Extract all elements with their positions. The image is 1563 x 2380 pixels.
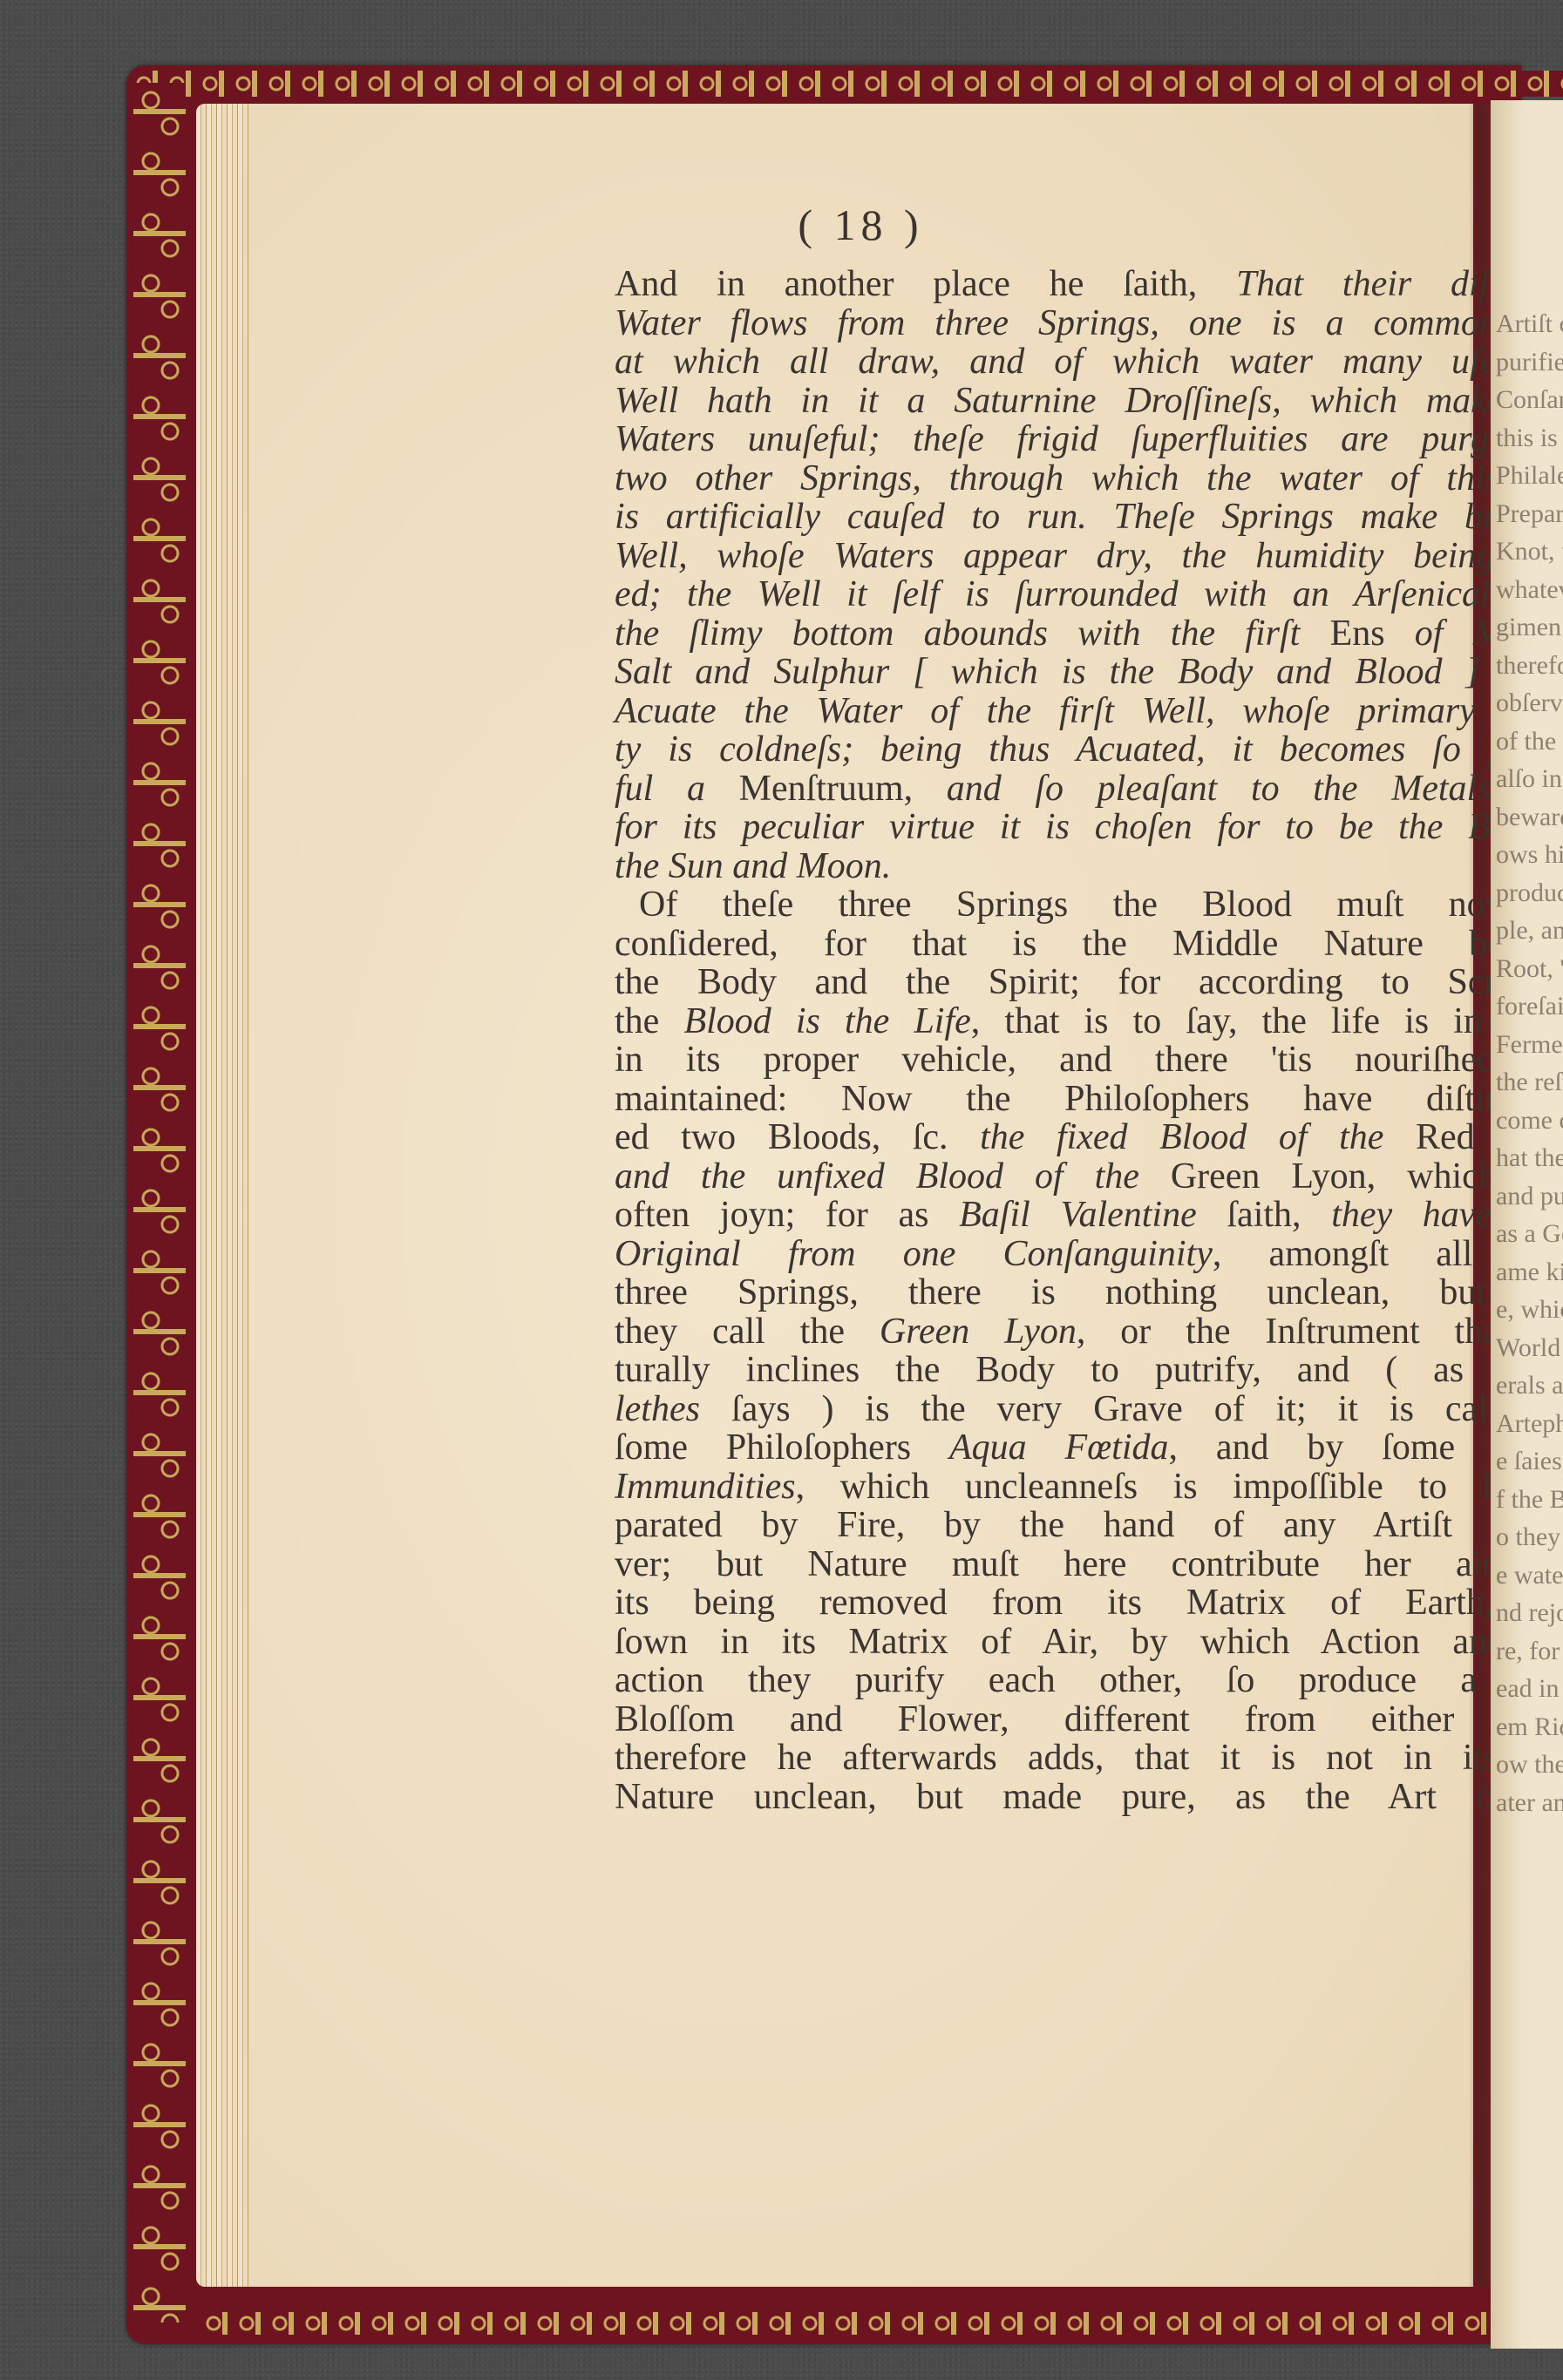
gilt-border-bottom bbox=[205, 2312, 1563, 2335]
gutter-shadow bbox=[1469, 104, 1493, 2287]
roman-span: Ens bbox=[1330, 614, 1415, 654]
italic-span: ed; the Well it ſelf is ſurrounded with … bbox=[615, 574, 1563, 614]
roman-span: therefore he afterwards adds, that it is… bbox=[615, 1738, 1563, 1778]
facing-page-line: and purify the bbox=[1496, 1177, 1563, 1216]
text-line: at which all draw, and of which water ma… bbox=[615, 342, 1563, 382]
facing-page-line: ow the Seed bbox=[1496, 1746, 1563, 1784]
facing-page-line: Preparation, t bbox=[1496, 495, 1563, 533]
facing-page-line: Artiſt can ma bbox=[1496, 305, 1563, 343]
text-line: Well hath in it a Saturnine Droſſineſs, … bbox=[615, 382, 1563, 421]
text-line: two other Springs, through which the wat… bbox=[615, 459, 1563, 498]
text-line: action they purify each other, ſo produc… bbox=[615, 1661, 1563, 1700]
facing-page-line: therefore I bbox=[1496, 647, 1563, 685]
text-line: ſome Philoſophers Aqua Fœtida, and by ſo… bbox=[615, 1428, 1563, 1468]
text-line: And in another place he ſaith, That thei… bbox=[615, 265, 1563, 304]
text-line: ty is coldneſs; being thus Acuated, it b… bbox=[615, 730, 1563, 770]
facing-page-line: produces the bbox=[1496, 874, 1563, 912]
facing-page-line: ead in all A bbox=[1496, 1670, 1563, 1708]
italic-span: the ſlimy bottom abounds with the firſt bbox=[615, 614, 1330, 654]
roman-span: maintained: Now the Philoſophers have di… bbox=[615, 1079, 1563, 1119]
italic-span: at which all draw, and of which water ma… bbox=[615, 342, 1563, 382]
text-line: therefore he afterwards adds, that it is… bbox=[615, 1739, 1563, 1778]
facing-page-line: erals and An bbox=[1496, 1366, 1563, 1405]
facing-page-line: obſerve this I bbox=[1496, 684, 1563, 722]
italic-span: lethes bbox=[615, 1389, 700, 1429]
text-line: ſown in its Matrix of Air, by which Acti… bbox=[615, 1623, 1563, 1662]
italic-span: Original from one Conſanguinity bbox=[615, 1234, 1213, 1274]
text-line: Water flows from three Springs, one is a… bbox=[615, 304, 1563, 343]
facing-page-line: gimen of Fire bbox=[1496, 608, 1563, 647]
text-line: ful a Menſtruum, and ſo pleaſant to the … bbox=[615, 770, 1563, 809]
text-line: Waters unuſeful; theſe frigid ſuperfluit… bbox=[615, 420, 1563, 459]
roman-span: in its proper vehicle, and there 'tis no… bbox=[615, 1040, 1563, 1080]
text-line: Nature unclean, but made pure, as the Ar… bbox=[615, 1778, 1563, 1817]
roman-span: Menſtruum, bbox=[739, 769, 947, 809]
catchword: Artiſt bbox=[615, 1816, 1563, 1855]
roman-span: ed two Bloods, ſc. bbox=[615, 1117, 980, 1157]
text-line: Salt and Sulphur [ which is the Body and… bbox=[615, 653, 1563, 692]
facing-page-text: Artiſt can mapurified, vizConſanguinitth… bbox=[1496, 305, 1563, 1821]
italic-span: Waters unuſeful; theſe frigid ſuperfluit… bbox=[615, 419, 1563, 459]
text-line: they call the Green Lyon, or the Inſtrum… bbox=[615, 1312, 1563, 1352]
facing-page-line: ame kind, bet bbox=[1496, 1253, 1563, 1292]
facing-page-line: Philalethes, L bbox=[1496, 457, 1563, 495]
italic-span: Immundities bbox=[615, 1467, 796, 1507]
italic-span: Blood is the Life bbox=[683, 1001, 970, 1041]
book: ( 18 ) And in another place he ſaith, Th… bbox=[126, 65, 1563, 2340]
roman-span: ſown in its Matrix of Air, by which Acti… bbox=[615, 1622, 1563, 1662]
text-line: the Blood is the Life, that is to ſay, t… bbox=[615, 1002, 1563, 1041]
italic-span: ful a bbox=[615, 769, 739, 809]
facing-page-line: World is able t bbox=[1496, 1329, 1563, 1367]
roman-span: , which uncleanneſs is impoſſible to be … bbox=[796, 1467, 1563, 1507]
italic-span: Water flows from three Springs, one is a… bbox=[615, 303, 1563, 343]
roman-span: the bbox=[615, 1001, 683, 1041]
text-line: Bloſſom and Flower, different from eithe… bbox=[615, 1700, 1563, 1739]
facing-page-line: as a Generatio bbox=[1496, 1215, 1563, 1253]
roman-span: they call the bbox=[615, 1312, 880, 1352]
facing-page-line: of the Body, bbox=[1496, 722, 1563, 761]
text-line: and the unfixed Blood of the Green Lyon,… bbox=[615, 1157, 1563, 1197]
text-line: the Sun and Moon. bbox=[615, 847, 1563, 886]
text-line: three Springs, there is nothing unclean,… bbox=[615, 1273, 1563, 1312]
gilt-border-top bbox=[135, 71, 1563, 97]
text-line: maintained: Now the Philoſophers have di… bbox=[615, 1080, 1563, 1119]
page-number: ( 18 ) bbox=[248, 200, 1473, 250]
text-line: ed two Bloods, ſc. the fixed Blood of th… bbox=[615, 1118, 1563, 1157]
page-text: And in another place he ſaith, That thei… bbox=[615, 265, 1563, 1855]
roman-span: its being removed from its Matrix of Ear… bbox=[615, 1583, 1563, 1623]
facing-page-line: Artephius intim bbox=[1496, 1405, 1563, 1443]
italic-span: the fixed Blood of the bbox=[980, 1117, 1383, 1157]
facing-page-line: purified, viz bbox=[1496, 343, 1563, 382]
facing-page-line: em Riddles bbox=[1496, 1708, 1563, 1746]
italic-span: Baſil Valentine bbox=[959, 1195, 1197, 1235]
facing-page-line: Root, 'twill d bbox=[1496, 950, 1563, 988]
text-line: in its proper vehicle, and there 'tis no… bbox=[615, 1041, 1563, 1080]
facing-page-line: the reſt is of bbox=[1496, 1063, 1563, 1102]
italic-span: Aqua Fœtida bbox=[949, 1427, 1169, 1468]
facing-page-line: this is the hi bbox=[1496, 419, 1563, 458]
italic-span: Green Lyon bbox=[880, 1312, 1077, 1352]
text-line: the ſlimy bottom abounds with the firſt … bbox=[615, 614, 1563, 654]
text-line: its being removed from its Matrix of Ear… bbox=[615, 1583, 1563, 1623]
text-line: the Body and the Spirit; for according t… bbox=[615, 963, 1563, 1002]
italic-span: the Sun and Moon. bbox=[615, 846, 891, 886]
italic-span: ty is coldneſs; being thus Acuated, it b… bbox=[615, 729, 1563, 770]
facing-page-line: Conſanguinit bbox=[1496, 381, 1563, 419]
facing-page-edge: Artiſt can mapurified, vizConſanguinitth… bbox=[1491, 100, 1563, 2349]
left-page: ( 18 ) And in another place he ſaith, Th… bbox=[248, 104, 1473, 2287]
facing-page-line: ple, and there bbox=[1496, 912, 1563, 950]
roman-span: action they purify each other, ſo produc… bbox=[615, 1660, 1563, 1700]
facing-page-line: foreſaid Au bbox=[1496, 987, 1563, 1026]
facing-page-line: Knot, unty bbox=[1496, 532, 1563, 571]
facing-page-line: alſo in the bbox=[1496, 760, 1563, 798]
facing-page-line: re, for 'tis th bbox=[1496, 1632, 1563, 1671]
facing-page-line: e ſaies, The B bbox=[1496, 1442, 1563, 1481]
facing-page-line: e water of Se bbox=[1496, 1556, 1563, 1595]
roman-span: three Springs, there is nothing unclean,… bbox=[615, 1272, 1563, 1312]
roman-span: ſaith, bbox=[1197, 1195, 1331, 1235]
text-line: Of theſe three Springs the Blood muſt no… bbox=[615, 885, 1563, 925]
text-line: Immundities, which uncleanneſs is impoſſ… bbox=[615, 1468, 1563, 1507]
facing-page-line: ater and Air bbox=[1496, 1784, 1563, 1822]
text-line: parated by Fire, by the hand of any Arti… bbox=[615, 1506, 1563, 1545]
italic-span: Well, whoſe Waters appear dry, the humid… bbox=[615, 536, 1563, 576]
roman-span: ſome Philoſophers bbox=[615, 1427, 949, 1468]
roman-span: the Body and the Spirit; for according t… bbox=[615, 962, 1563, 1002]
gilt-border-left bbox=[133, 83, 186, 2322]
facing-page-line: beware of all bbox=[1496, 798, 1563, 837]
roman-span: turally inclines the Body to putrify, an… bbox=[615, 1350, 1499, 1390]
roman-span: ver; but Nature muſt here contribute her… bbox=[615, 1544, 1563, 1584]
facing-page-line: nd rejoyce in i bbox=[1496, 1594, 1563, 1632]
facing-page-line: hat the Spirit bbox=[1496, 1139, 1563, 1177]
text-line: ed; the Well it ſelf is ſurrounded with … bbox=[615, 575, 1563, 614]
italic-span: for its peculiar virtue it is choſen for… bbox=[615, 807, 1563, 847]
italic-span: Well hath in it a Saturnine Droſſineſs, … bbox=[615, 381, 1563, 421]
facing-page-line: ows his Grain bbox=[1496, 836, 1563, 874]
facing-page-line: whatever the bbox=[1496, 571, 1563, 609]
roman-span: , and by ſome bbox=[1169, 1427, 1493, 1468]
facing-page-line: Fermentative bbox=[1496, 1026, 1563, 1064]
roman-span: Nature unclean, but made pure, as the Ar… bbox=[615, 1777, 1563, 1817]
facing-page-line: f the Body, all bbox=[1496, 1481, 1563, 1519]
roman-span: ſays ) is the very Grave of it; it is ca… bbox=[700, 1389, 1563, 1429]
roman-span: Of theſe three Springs the Blood muſt no… bbox=[639, 885, 1563, 925]
text-line: conſidered, for that is the Middle Natur… bbox=[615, 925, 1563, 964]
text-line: turally inclines the Body to putrify, an… bbox=[615, 1351, 1563, 1390]
roman-span: Bloſſom and Flower, different from eithe… bbox=[615, 1699, 1563, 1739]
text-line: often joyn; for as Baſil Valentine ſaith… bbox=[615, 1196, 1563, 1235]
text-line: is artificially cauſed to run. Theſe Spr… bbox=[615, 498, 1563, 537]
roman-span: conſidered, for that is the Middle Natur… bbox=[615, 924, 1563, 964]
text-line: Acuate the Water of the firſt Well, whoſ… bbox=[615, 692, 1563, 731]
roman-span: parated by Fire, by the hand of any Arti… bbox=[615, 1505, 1563, 1545]
roman-span: often joyn; for as bbox=[615, 1195, 959, 1235]
text-line: ver; but Nature muſt here contribute her… bbox=[615, 1545, 1563, 1584]
italic-span: and the unfixed Blood of the bbox=[615, 1156, 1139, 1197]
text-line: Well, whoſe Waters appear dry, the humid… bbox=[615, 537, 1563, 576]
italic-span: Salt and Sulphur [ which is the Body and… bbox=[615, 652, 1563, 692]
text-line: for its peculiar virtue it is choſen for… bbox=[615, 808, 1563, 847]
text-line: Original from one Conſanguinity, amongſt… bbox=[615, 1235, 1563, 1274]
roman-span: And in another place he ſaith, bbox=[615, 264, 1236, 304]
facing-page-line: come off with bbox=[1496, 1102, 1563, 1140]
text-line: lethes ſays ) is the very Grave of it; i… bbox=[615, 1390, 1563, 1429]
facing-page-line: e, which will bbox=[1496, 1291, 1563, 1329]
italic-span: Acuate the Water of the firſt Well, whoſ… bbox=[615, 691, 1563, 731]
italic-span: two other Springs, through which the wat… bbox=[615, 458, 1563, 498]
facing-page-line: o they ſay, th bbox=[1496, 1518, 1563, 1556]
italic-span: is artificially cauſed to run. Theſe Spr… bbox=[615, 497, 1563, 537]
